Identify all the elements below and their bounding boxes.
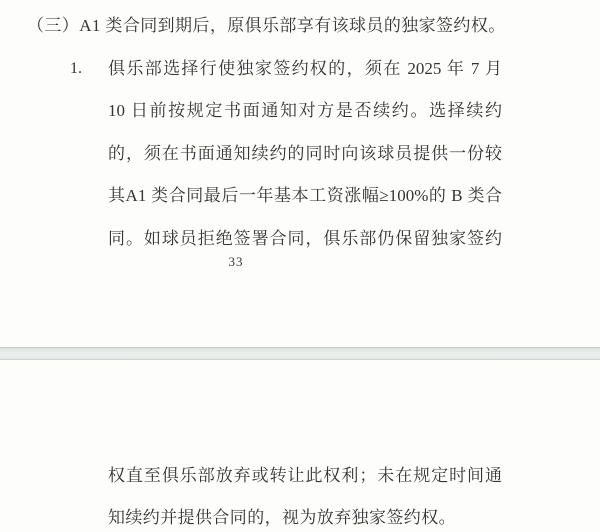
page-2: 权直至俱乐部放弃或转让此权利；未在规定时间通 知续约并提供合同的，视为放弃独家签…: [0, 360, 600, 532]
body-text-line: 权直至俱乐部放弃或转让此权利；未在规定时间通: [108, 466, 502, 486]
body-text-line: 其A1 类合同最后一年基本工资涨幅≥100%的 B 类合: [108, 186, 502, 206]
page-separator-band: [0, 347, 600, 360]
body-text-line: 10 日前按规定书面通知对方是否续约。选择续约: [108, 101, 502, 121]
list-item-number: 1.: [70, 59, 82, 79]
clause-heading-line: （三）A1 类合同到期后，原俱乐部享有该球员的独家签约权。: [27, 16, 506, 36]
body-text-line: 的，须在书面通知续约的同时向该球员提供一份较: [108, 144, 502, 164]
page-number: 33: [200, 254, 272, 270]
body-text-line: 俱乐部选择行使独家签约权的，须在 2025 年 7 月: [108, 59, 502, 79]
document-scroll-area[interactable]: （三）A1 类合同到期后，原俱乐部享有该球员的独家签约权。 1. 俱乐部选择行使…: [0, 0, 600, 532]
body-text-line: 知续约并提供合同的，视为放弃独家签约权。: [108, 508, 502, 528]
page-1: （三）A1 类合同到期后，原俱乐部享有该球员的独家签约权。 1. 俱乐部选择行使…: [0, 0, 600, 347]
body-text-line: 同。如球员拒绝签署合同，俱乐部仍保留独家签约: [108, 229, 502, 249]
